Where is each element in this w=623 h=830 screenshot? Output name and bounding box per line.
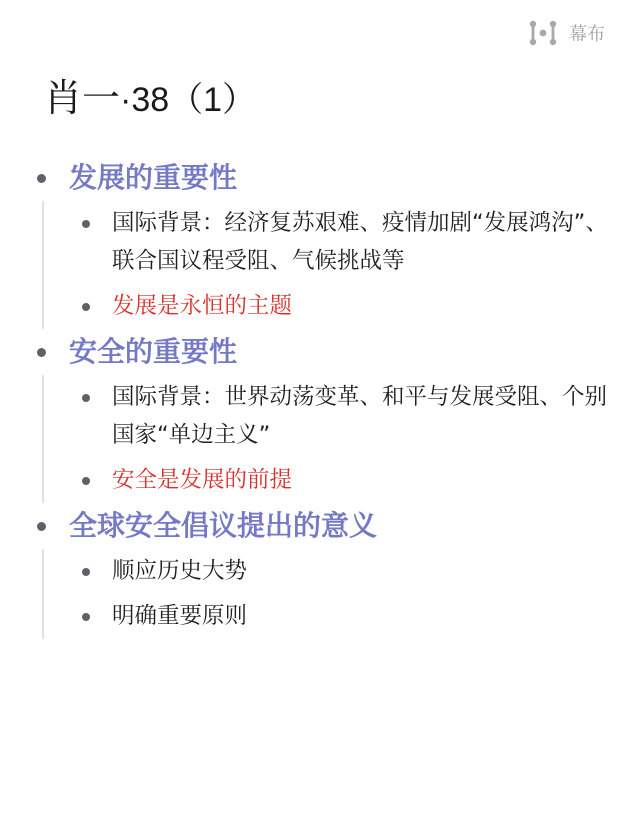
outline-node-l2[interactable]: 发展是永恒的主题 bbox=[44, 284, 609, 329]
outline-node-l1[interactable]: 安全的重要性 bbox=[34, 329, 609, 375]
node-text: 国际背景：经济复苏艰难、疫情加剧“发展鸿沟”、联合国议程受阻、气候挑战等 bbox=[112, 204, 609, 280]
node-text: 顺应历史大势 bbox=[112, 552, 609, 590]
outline-tree: 发展的重要性 国际背景：经济复苏艰难、疫情加剧“发展鸿沟”、联合国议程受阻、气候… bbox=[34, 155, 609, 639]
node-text: 国际背景：世界动荡变革、和平与发展受阻、个别国家“单边主义” bbox=[112, 378, 609, 454]
bullet-icon[interactable] bbox=[82, 303, 90, 311]
outline-node-l1[interactable]: 发展的重要性 bbox=[34, 155, 609, 201]
page-title: 肖一·38（1） bbox=[44, 74, 256, 124]
mubu-logo-icon bbox=[529, 20, 557, 46]
brand-label: 幕布 bbox=[569, 20, 605, 46]
outline-node-l2[interactable]: 国际背景：世界动荡变革、和平与发展受阻、个别国家“单边主义” bbox=[44, 375, 609, 458]
brand-watermark: 幕布 bbox=[529, 20, 605, 46]
outline-node-l2[interactable]: 顺应历史大势 bbox=[44, 549, 609, 594]
outline-children: 顺应历史大势 明确重要原则 bbox=[42, 549, 609, 639]
page-title-cn: 肖一 bbox=[44, 76, 120, 120]
bullet-icon[interactable] bbox=[82, 568, 90, 576]
node-text-highlight: 发展是永恒的主题 bbox=[112, 287, 609, 325]
bullet-icon[interactable] bbox=[37, 522, 46, 531]
outline-children: 国际背景：世界动荡变革、和平与发展受阻、个别国家“单边主义” 安全是发展的前提 bbox=[42, 375, 609, 503]
node-text: 明确重要原则 bbox=[112, 597, 609, 635]
outline-section: 全球安全倡议提出的意义 顺应历史大势 明确重要原则 bbox=[34, 503, 609, 639]
bullet-icon[interactable] bbox=[82, 220, 90, 228]
section-title: 全球安全倡议提出的意义 bbox=[69, 507, 377, 545]
bullet-icon[interactable] bbox=[82, 394, 90, 402]
outline-section: 安全的重要性 国际背景：世界动荡变革、和平与发展受阻、个别国家“单边主义” 安全… bbox=[34, 329, 609, 503]
node-text-highlight: 安全是发展的前提 bbox=[112, 461, 609, 499]
page-title-num: ·38（1） bbox=[120, 81, 256, 119]
outline-node-l2[interactable]: 明确重要原则 bbox=[44, 594, 609, 639]
outline-node-l2[interactable]: 安全是发展的前提 bbox=[44, 458, 609, 503]
bullet-icon[interactable] bbox=[37, 174, 46, 183]
outline-children: 国际背景：经济复苏艰难、疫情加剧“发展鸿沟”、联合国议程受阻、气候挑战等 发展是… bbox=[42, 201, 609, 329]
outline-node-l1[interactable]: 全球安全倡议提出的意义 bbox=[34, 503, 609, 549]
section-title: 发展的重要性 bbox=[69, 159, 237, 197]
outline-node-l2[interactable]: 国际背景：经济复苏艰难、疫情加剧“发展鸿沟”、联合国议程受阻、气候挑战等 bbox=[44, 201, 609, 284]
bullet-icon[interactable] bbox=[37, 348, 46, 357]
bullet-icon[interactable] bbox=[82, 477, 90, 485]
bullet-icon[interactable] bbox=[82, 613, 90, 621]
outline-section: 发展的重要性 国际背景：经济复苏艰难、疫情加剧“发展鸿沟”、联合国议程受阻、气候… bbox=[34, 155, 609, 329]
section-title: 安全的重要性 bbox=[69, 333, 237, 371]
